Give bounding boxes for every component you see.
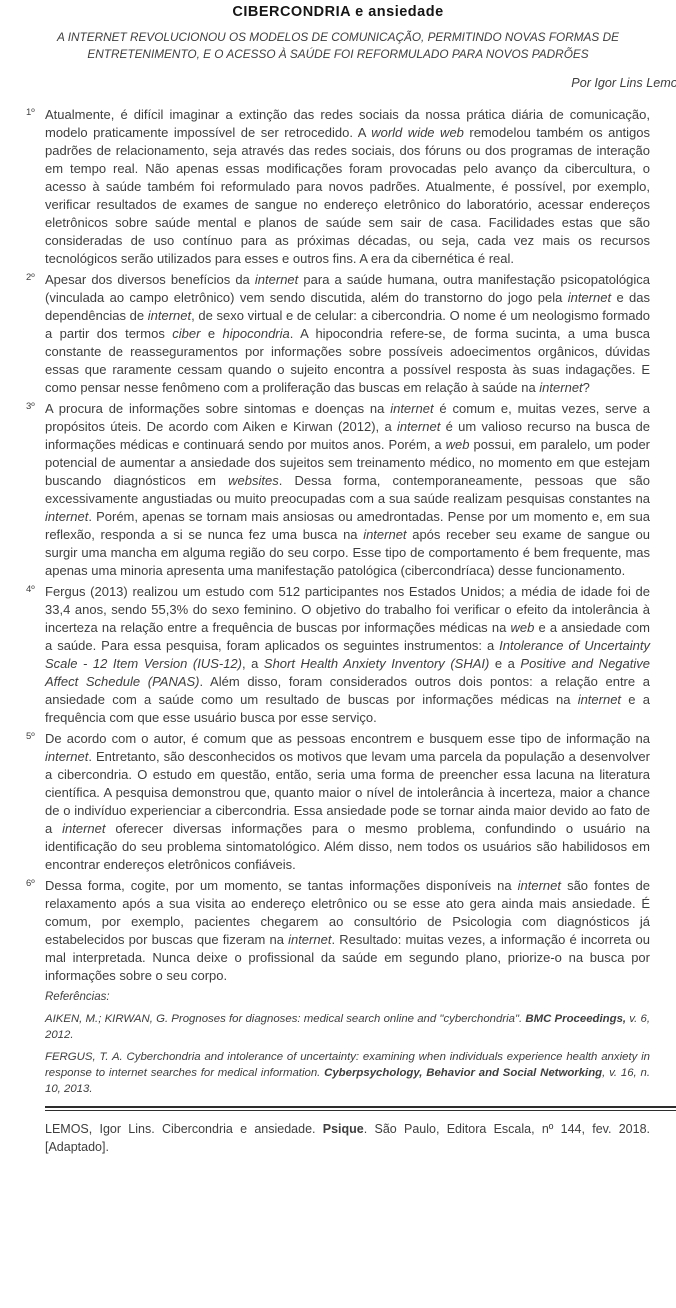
text-segment: oferecer diversas informações para o mes… [45, 821, 650, 872]
paragraph-number: 4º [26, 583, 45, 727]
text-segment: Short Health Anxiety Inventory (SHAI) [264, 656, 489, 671]
text-segment: hipocondria [223, 326, 290, 341]
paragraph-number: 6º [26, 877, 45, 985]
paragraph-text: Fergus (2013) realizou um estudo com 512… [45, 583, 650, 727]
paragraph: 2ºApesar dos diversos benefícios da inte… [0, 271, 676, 397]
paragraph: 6ºDessa forma, cogite, por um momento, s… [0, 877, 676, 985]
text-segment: internet [390, 401, 433, 416]
paragraph-number: 3º [26, 400, 45, 580]
text-segment: Dessa forma, cogite, por um momento, se … [45, 878, 518, 893]
paragraph: 4ºFergus (2013) realizou um estudo com 5… [0, 583, 676, 727]
page-subtitle: A INTERNET REVOLUCIONOU OS MODELOS DE CO… [40, 29, 636, 63]
paragraph-number: 5º [26, 730, 45, 874]
reference-entry: FERGUS, T. A. Cyberchondria and intolera… [45, 1049, 650, 1097]
paragraph-list: 1ºAtualmente, é difícil imaginar a extin… [0, 106, 676, 985]
text-segment: De acordo com o autor, é comum que as pe… [45, 731, 650, 746]
page-title: CIBERCONDRIA e ansiedade [0, 4, 676, 20]
text-segment: e [200, 326, 222, 341]
paragraph-number: 1º [26, 106, 45, 268]
text-segment: internet [568, 290, 611, 305]
source-citation: LEMOS, Igor Lins. Cibercondria e ansieda… [45, 1120, 650, 1156]
text-segment: internet [578, 692, 621, 707]
document-page: CIBERCONDRIA e ansiedade A INTERNET REVO… [0, 4, 676, 1308]
paragraph-text: A procura de informações sobre sintomas … [45, 400, 650, 580]
text-segment: internet [539, 380, 582, 395]
text-segment: world wide web [371, 125, 464, 140]
paragraph: 5ºDe acordo com o autor, é comum que as … [0, 730, 676, 874]
paragraph-number: 2º [26, 271, 45, 397]
text-segment: Psique [323, 1122, 364, 1136]
text-segment: web [510, 620, 534, 635]
text-segment: LEMOS, Igor Lins. Cibercondria e ansieda… [45, 1122, 323, 1136]
text-segment: internet [45, 509, 88, 524]
references-heading: Referências: [45, 990, 650, 1005]
source-divider [45, 1106, 676, 1111]
paragraph: 1ºAtualmente, é difícil imaginar a extin… [0, 106, 676, 268]
paragraph-text: Dessa forma, cogite, por um momento, se … [45, 877, 650, 985]
text-segment: e a [489, 656, 520, 671]
paragraph: 3ºA procura de informações sobre sintoma… [0, 400, 676, 580]
text-segment: remodelou também os antigos padrões de r… [45, 125, 650, 266]
text-segment: BMC Proceedings, [525, 1013, 626, 1025]
text-segment: internet [148, 308, 191, 323]
text-segment: internet [255, 272, 298, 287]
text-segment: A procura de informações sobre sintomas … [45, 401, 390, 416]
reference-entry: AIKEN, M.; KIRWAN, G. Prognoses for diag… [45, 1011, 650, 1043]
paragraph-text: Apesar dos diversos benefícios da intern… [45, 271, 650, 397]
text-segment: ? [583, 380, 590, 395]
author-byline: Por Igor Lins Lemos [0, 76, 676, 90]
text-segment: internet [518, 878, 561, 893]
text-segment: , a [242, 656, 264, 671]
text-segment: web [446, 437, 470, 452]
text-segment: Apesar dos diversos benefícios da [45, 272, 255, 287]
text-segment: Cyberpsychology, Behavior and Social Net… [324, 1067, 602, 1079]
text-segment: websites [228, 473, 279, 488]
text-segment: internet [363, 527, 406, 542]
text-segment: internet [45, 749, 88, 764]
text-segment: ciber [172, 326, 200, 341]
paragraph-text: De acordo com o autor, é comum que as pe… [45, 730, 650, 874]
text-segment: AIKEN, M.; KIRWAN, G. Prognoses for diag… [45, 1013, 525, 1025]
text-segment: internet [397, 419, 440, 434]
text-segment: internet [288, 932, 331, 947]
references-list: AIKEN, M.; KIRWAN, G. Prognoses for diag… [0, 1011, 676, 1097]
text-segment: internet [62, 821, 105, 836]
paragraph-text: Atualmente, é difícil imaginar a extinçã… [45, 106, 650, 268]
